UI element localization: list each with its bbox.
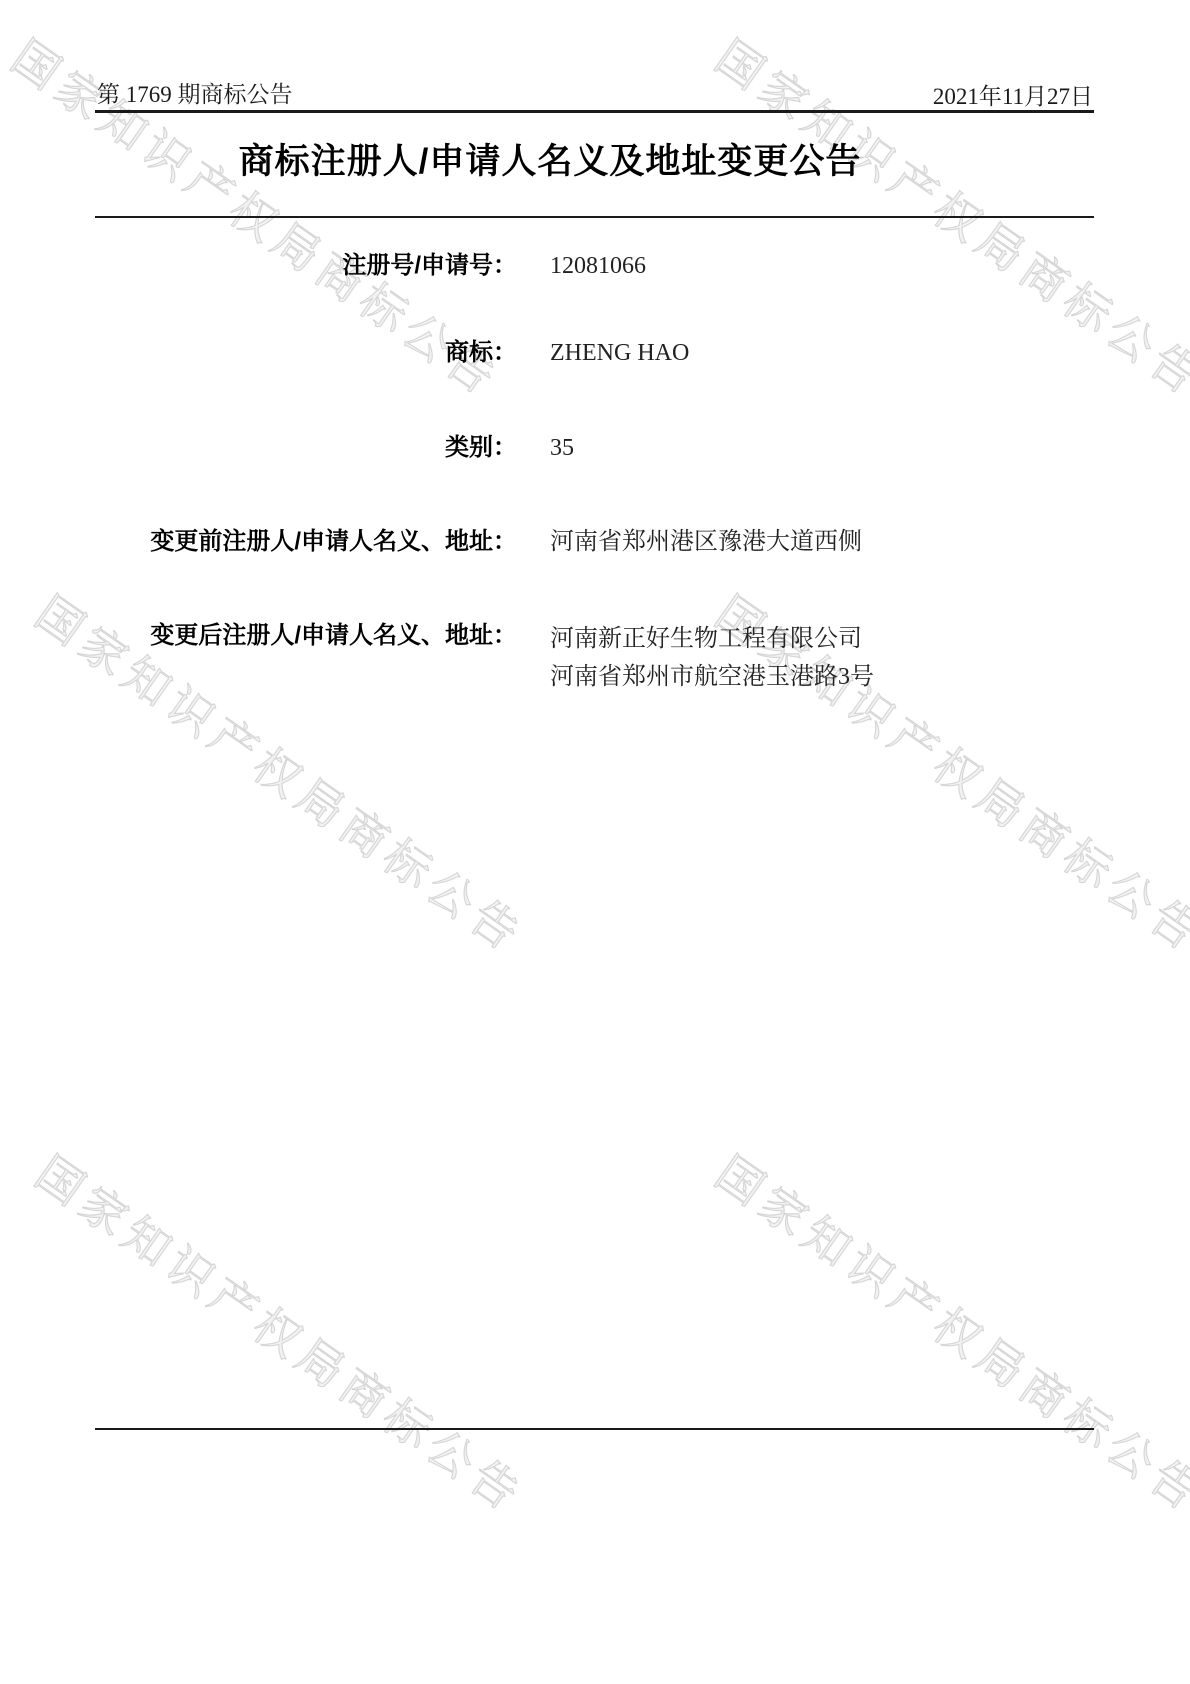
field-row-class: 类别： 35 (97, 432, 1097, 464)
field-row-before-change: 变更前注册人/申请人名义、地址： 河南省郑州港区豫港大道西侧 (97, 526, 1097, 558)
trademark-label: 商标： (97, 337, 517, 369)
after-change-label: 变更后注册人/申请人名义、地址： (97, 620, 517, 652)
header-issue-number: 第 1769 期商标公告 (97, 76, 293, 109)
page-title: 商标注册人/申请人名义及地址变更公告 (95, 134, 1005, 184)
registration-number-value: 12081066 (550, 250, 646, 282)
field-row-registration-number: 注册号/申请号： 12081066 (97, 250, 1097, 282)
footer-divider (95, 1428, 1094, 1430)
header-date: 2021年11月27日 (933, 78, 1093, 111)
class-value: 35 (550, 432, 574, 464)
title-divider (95, 216, 1094, 218)
class-label: 类别： (97, 432, 517, 464)
trademark-announcement-page: 国家知识产权局商标公告 国家知识产权局商标公告 国家知识产权局商标公告 国家知识… (0, 0, 1190, 1684)
field-row-trademark: 商标： ZHENG HAO (97, 337, 1097, 369)
watermark-text: 国家知识产权局商标公告 (24, 1138, 539, 1526)
trademark-value: ZHENG HAO (550, 337, 689, 369)
watermark-text: 国家知识产权局商标公告 (704, 1138, 1190, 1526)
after-change-name: 河南新正好生物工程有限公司 (550, 620, 874, 658)
after-change-address: 河南省郑州市航空港玉港路3号 (550, 658, 874, 696)
before-change-label: 变更前注册人/申请人名义、地址： (97, 526, 517, 558)
before-change-value: 河南省郑州港区豫港大道西侧 (550, 526, 862, 558)
registration-number-label: 注册号/申请号： (97, 250, 517, 282)
after-change-value: 河南新正好生物工程有限公司 河南省郑州市航空港玉港路3号 (550, 620, 874, 696)
header-divider (95, 110, 1094, 113)
field-row-after-change: 变更后注册人/申请人名义、地址： 河南新正好生物工程有限公司 河南省郑州市航空港… (97, 620, 1097, 696)
